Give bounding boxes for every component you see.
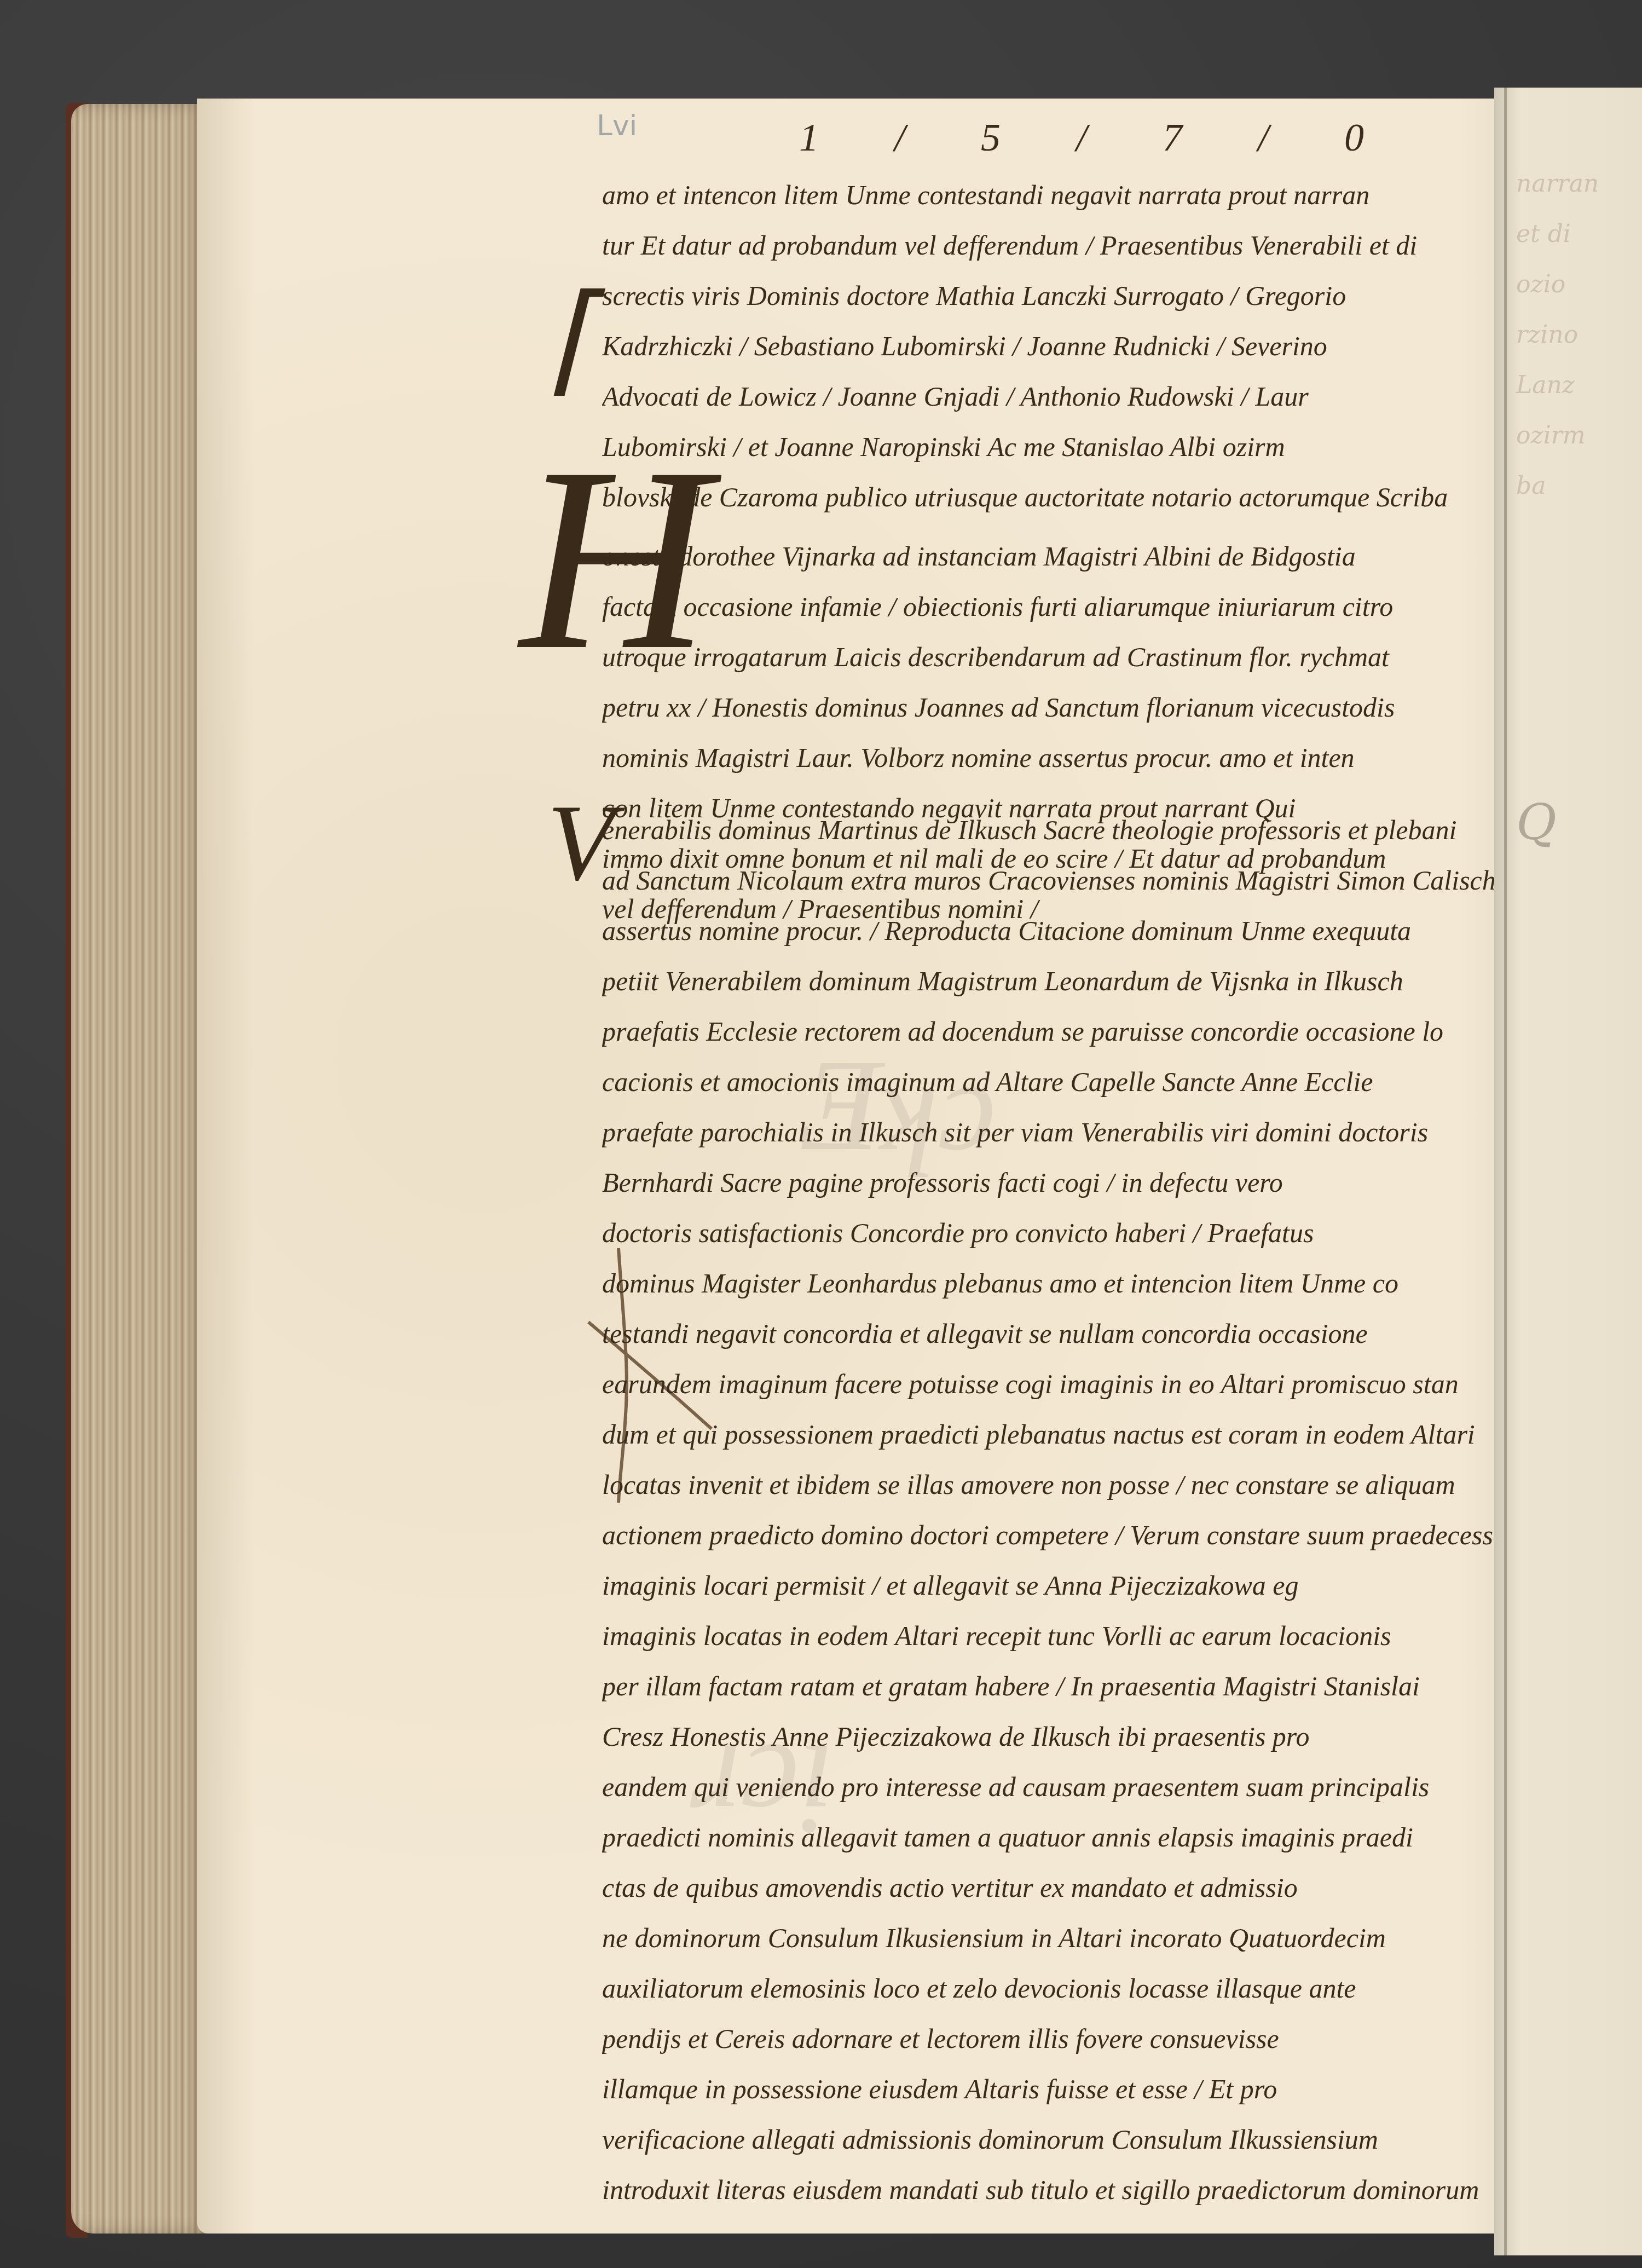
text-line: praefate parochialis in Ilkusch sit per …	[602, 1107, 1626, 1157]
text-line: pendijs et Cereis adornare et lectorem i…	[602, 2013, 1626, 2064]
text-line: dominus Magister Leonhardus plebanus amo…	[602, 1258, 1626, 1308]
text-line: ne dominorum Consulum Ilkusiensium in Al…	[602, 1913, 1626, 1963]
pencil-folio-mark: Lvi	[597, 109, 637, 142]
text-line: oneste dorothee Vijnarka ad instanciam M…	[602, 531, 1626, 581]
text-line: Lubomirski / et Joanne Naropinski Ac me …	[602, 422, 1626, 472]
text-line: eandem qui veniendo pro interesse ad cau…	[602, 1762, 1626, 1812]
book-opening: Ǝʞɔ ɹɔᴉ Lvi 1 / 5 / 7 / 0 ⌈ H V amo et i…	[60, 99, 1642, 2244]
facing-page-marginal-initial: Q	[1516, 794, 1637, 851]
text-line: enerabilis dominus Martinus de Ilkusch S…	[602, 805, 1626, 855]
text-line: petiit Venerabilem dominum Magistrum Leo…	[602, 956, 1626, 1006]
page-stack-fore-edge	[71, 104, 208, 2234]
text-line: ctas de quibus amovendis actio vertitur …	[602, 1862, 1626, 1913]
header-year: 1 / 5 / 7 / 0	[799, 115, 1397, 160]
text-line: praedicti nominis allegavit tamen a quat…	[602, 1812, 1626, 1862]
text-line: auxiliatorum elemosinis loco et zelo dev…	[602, 1963, 1626, 2013]
text-line: assertus nomine procur. / Reproducta Cit…	[602, 905, 1626, 956]
facing-page-bleed-text: ba	[1516, 472, 1637, 500]
text-line: nominis Magistri Laur. Volborz nomine as…	[602, 732, 1626, 783]
facing-page-bleed-text: rzino	[1516, 321, 1637, 349]
facing-page-bleed-text: et di	[1516, 220, 1637, 248]
text-line: ad Sanctum Nicolaum extra muros Cracovie…	[602, 855, 1626, 905]
text-line: actionem praedicto domino doctori compet…	[602, 1510, 1626, 1560]
text-line: Advocati de Lowicz / Joanne Gnjadi / Ant…	[602, 371, 1626, 422]
text-line: locatas invenit et ibidem se illas amove…	[602, 1459, 1626, 1510]
text-line: screctis viris Dominis doctore Mathia La…	[602, 270, 1626, 321]
text-line: testandi negavit concordia et allegavit …	[602, 1308, 1626, 1359]
text-line: cacionis et amocionis imaginum ad Altare…	[602, 1057, 1626, 1107]
text-line: dum et qui possessionem praedicti pleban…	[602, 1409, 1626, 1459]
text-line: blovski de Czaroma publico utriusque auc…	[602, 472, 1626, 522]
facing-page-bleed-text: ozio	[1516, 270, 1637, 298]
text-line: imaginis locatas in eodem Altari recepit…	[602, 1611, 1626, 1661]
paragraph-3: enerabilis dominus Martinus de Ilkusch S…	[602, 805, 1626, 2215]
text-line: illamque in possessione eiusdem Altaris …	[602, 2064, 1626, 2114]
text-line: imaginis locari permisit / et allegavit …	[602, 1560, 1626, 1611]
manuscript-page: Ǝʞɔ ɹɔᴉ Lvi 1 / 5 / 7 / 0 ⌈ H V amo et i…	[197, 99, 1631, 2234]
text-line: praefatis Ecclesie rectorem ad docendum …	[602, 1006, 1626, 1057]
text-line: Bernhardi Sacre pagine professoris facti…	[602, 1157, 1626, 1208]
text-line: factam occasione infamie / obiectionis f…	[602, 581, 1626, 632]
facing-page-bleed-text: ozirm	[1516, 422, 1637, 449]
facing-page-edge	[1494, 88, 1642, 2255]
text-line: verificacione allegati admissionis domin…	[602, 2114, 1626, 2165]
text-line: petru xx / Honestis dominus Joannes ad S…	[602, 682, 1626, 732]
text-line: earundem imaginum facere potuisse cogi i…	[602, 1359, 1626, 1409]
page-fold-line	[1504, 88, 1507, 2255]
text-line: per illam factam ratam et gratam habere …	[602, 1661, 1626, 1711]
text-line: introduxit literas eiusdem mandati sub t…	[602, 2165, 1626, 2215]
facing-page-bleed-text: narran	[1516, 170, 1637, 198]
text-line: doctoris satisfactionis Concordie pro co…	[602, 1208, 1626, 1258]
paragraph-1: amo et intencon litem Unme contestandi n…	[602, 170, 1626, 522]
decorative-flourish: ⌈	[547, 279, 594, 400]
text-line: Kadrzhiczki / Sebastiano Lubomirski / Jo…	[602, 321, 1626, 371]
text-line: tur Et datur ad probandum vel defferendu…	[602, 220, 1626, 270]
text-line: amo et intencon litem Unme contestandi n…	[602, 170, 1626, 220]
text-line: Cresz Honestis Anne Pijeczizakowa de Ilk…	[602, 1711, 1626, 1762]
text-line: utroque irrogatarum Laicis describendaru…	[602, 632, 1626, 682]
facing-page-bleed-text: Lanz	[1516, 371, 1637, 399]
